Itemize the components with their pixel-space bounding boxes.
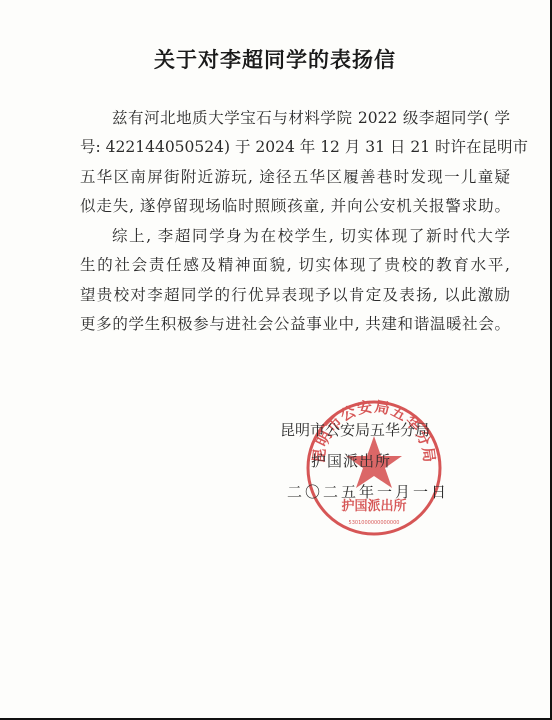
signature-date: 二〇二五年一月一日 <box>287 482 449 502</box>
letter-page: 关于对李超同学的表扬信 兹有河北地质大学宝石与材料学院 2022 级李超同学( … <box>0 0 552 720</box>
paragraph-2-line-3: 望贵校对李超同学的行优异表现予以肯定及表扬, 以此激励 <box>80 285 510 305</box>
letter-title: 关于对李超同学的表扬信 <box>0 44 550 74</box>
signature-unit: 护国派出所 <box>311 451 391 471</box>
paragraph-1-line-4: 似走失, 遂停留现场临时照顾孩童, 并向公安机关报警求助。 <box>80 196 510 216</box>
paragraph-1-line-1: 兹有河北地质大学宝石与材料学院 2022 级李超同学( 学 <box>112 108 510 128</box>
paragraph-2-line-1: 综上, 李超同学身为在校学生, 切实体现了新时代大学 <box>112 226 510 246</box>
paragraph-2-line-2: 生的社会责任感及精神面貌, 切实体现了贵校的教育水平, <box>80 255 510 275</box>
svg-text:5301000000000000: 5301000000000000 <box>349 520 400 526</box>
paragraph-1-line-3: 五华区南屏街附近游玩, 途径五华区履善巷时发现一儿童疑 <box>80 167 510 187</box>
paragraph-1-line-2: 号: 422144050524) 于 2024 年 12 月 31 日 21 时… <box>80 137 510 157</box>
paragraph-2-line-4: 更多的学生积极参与进社会公益事业中, 共建和谐温暖社会。 <box>80 314 510 334</box>
signature-organization: 昆明市公安局五华分局 <box>280 420 430 440</box>
